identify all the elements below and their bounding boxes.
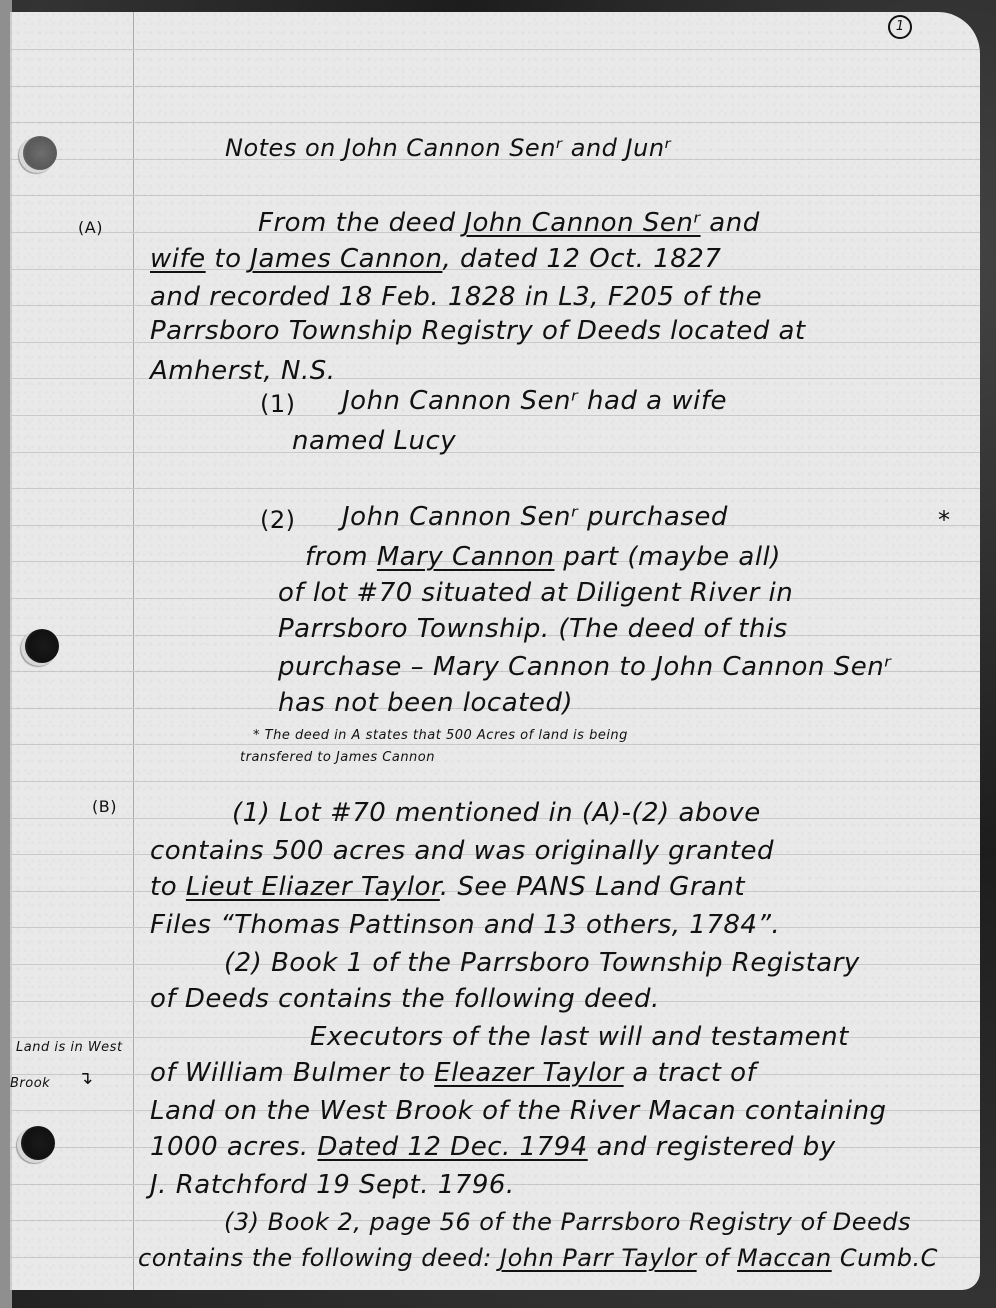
text-line: John Cannon Senʳ purchased	[342, 502, 728, 532]
text-span: Executors of the last will and testament	[310, 1022, 849, 1052]
text-span: 1000 acres.	[150, 1132, 317, 1162]
section-a-item1-line2: named Lucy	[292, 426, 456, 456]
text-line: (3) Book 2, page 56 of the Parrsboro Reg…	[224, 1208, 911, 1236]
text-line: J. Ratchford 19 Sept. 1796.	[150, 1170, 515, 1200]
text-span: Amherst, N.S.	[150, 356, 336, 386]
text-span: From the deed	[258, 208, 464, 238]
text-span: of William Bulmer to	[150, 1058, 434, 1088]
notebook-page: 1 Notes on John Cannon Senʳ and Junʳ (A)…	[10, 12, 980, 1290]
ruled-line	[10, 195, 980, 196]
text-line: purchase – Mary Cannon to John Cannon Se…	[278, 652, 891, 682]
text-span: J. Ratchford 19 Sept. 1796.	[150, 1170, 515, 1200]
text-span: (3) Book 2, page 56 of the Parrsboro Reg…	[224, 1208, 911, 1236]
page-title: Notes on John Cannon Senʳ and Junʳ	[225, 134, 671, 162]
punch-hole-middle	[25, 629, 59, 663]
text-span: from	[305, 542, 377, 572]
text-span: and	[701, 208, 760, 238]
text-line: Parrsboro Township Registry of Deeds loc…	[150, 316, 806, 346]
text-span: Parrsboro Township Registry of Deeds loc…	[150, 316, 806, 346]
ruled-line	[10, 49, 980, 50]
underlined-text: Lieut Eliazer Taylor	[186, 872, 440, 902]
text-line: of William Bulmer to Eleazer Taylor a tr…	[150, 1058, 756, 1088]
text-line: Files “Thomas Pattinson and 13 others, 1…	[150, 910, 780, 940]
underlined-text: James Cannon	[250, 244, 442, 274]
text-span: contains the following deed:	[138, 1244, 500, 1272]
section-a-item2-label: (2)	[260, 506, 296, 534]
text-line: contains 500 acres and was originally gr…	[150, 836, 774, 866]
text-span: to	[206, 244, 251, 274]
text-line: of lot #70 situated at Diligent River in	[278, 578, 793, 608]
text-span: has not been located)	[278, 688, 573, 718]
ruled-line	[10, 488, 980, 489]
footnote-line2: transfered to James Cannon	[240, 750, 435, 765]
text-line: contains the following deed: John Parr T…	[138, 1244, 938, 1272]
page-number: 1	[888, 15, 912, 39]
text-line: of Deeds contains the following deed.	[150, 984, 660, 1014]
margin-note-line1: Land is in West	[16, 1040, 123, 1055]
ruled-line	[10, 744, 980, 745]
section-a-item1-label: (1)	[260, 390, 296, 418]
text-span: to	[150, 872, 186, 902]
text-span: and registered by	[588, 1132, 836, 1162]
text-span: Land on the West Brook of the River Maca…	[150, 1096, 887, 1126]
text-span: John Cannon Senʳ purchased	[342, 502, 728, 532]
text-line: (1) Lot #70 mentioned in (A)-(2) above	[232, 798, 761, 828]
text-line: to Lieut Eliazer Taylor. See PANS Land G…	[150, 872, 745, 902]
margin-line	[133, 12, 134, 1290]
underlined-text: John Parr Taylor	[500, 1244, 697, 1272]
text-line: wife to James Cannon, dated 12 Oct. 1827	[150, 244, 721, 274]
text-line: From the deed John Cannon Senʳ and	[258, 208, 760, 238]
text-line: Amherst, N.S.	[150, 356, 336, 386]
text-span: part (maybe all)	[554, 542, 780, 572]
text-line: from Mary Cannon part (maybe all)	[305, 542, 781, 572]
text-span: a tract of	[624, 1058, 757, 1088]
text-span: of lot #70 situated at Diligent River in	[278, 578, 793, 608]
text-line: Parrsboro Township. (The deed of this	[278, 614, 788, 644]
text-line: Executors of the last will and testament	[310, 1022, 849, 1052]
text-span: (2) Book 1 of the Parrsboro Township Reg…	[224, 948, 860, 978]
text-span: of Deeds contains the following deed.	[150, 984, 660, 1014]
text-line: 1000 acres. Dated 12 Dec. 1794 and regis…	[150, 1132, 836, 1162]
section-a-label: (A)	[78, 218, 103, 237]
underlined-text: Maccan	[737, 1244, 832, 1272]
text-span: Files “Thomas Pattinson and 13 others, 1…	[150, 910, 780, 940]
ruled-line	[10, 781, 980, 782]
footnote-line1: * The deed in A states that 500 Acres of…	[253, 728, 628, 743]
margin-note-line2: Brook	[10, 1076, 50, 1091]
text-span: Parrsboro Township. (The deed of this	[278, 614, 788, 644]
underlined-text: Mary Cannon	[377, 542, 555, 572]
text-line: Land on the West Brook of the River Maca…	[150, 1096, 887, 1126]
text-span: . See PANS Land Grant	[440, 872, 745, 902]
underlined-text: Eleazer Taylor	[434, 1058, 623, 1088]
section-a-item1-line1: John Cannon Senʳ had a wife	[342, 386, 727, 416]
punch-hole-top	[23, 136, 57, 170]
ruled-line	[10, 86, 980, 87]
text-span: , dated 12 Oct. 1827	[442, 244, 721, 274]
text-line: has not been located)	[278, 688, 573, 718]
underlined-text: John Cannon Senʳ	[464, 208, 700, 238]
margin-arrow-icon: ↴	[78, 1068, 93, 1089]
text-span: purchase – Mary Cannon to John Cannon Se…	[278, 652, 891, 682]
ruled-line	[10, 452, 980, 453]
text-span: (1) Lot #70 mentioned in (A)-(2) above	[232, 798, 761, 828]
text-line: and recorded 18 Feb. 1828 in L3, F205 of…	[150, 282, 762, 312]
asterisk-marker: *	[938, 506, 951, 534]
text-span: of	[697, 1244, 737, 1272]
text-span: and recorded 18 Feb. 1828 in L3, F205 of…	[150, 282, 762, 312]
section-b-label: (B)	[92, 797, 117, 816]
text-span: Cumb.C	[832, 1244, 938, 1272]
underlined-text: wife	[150, 244, 206, 274]
text-span: contains 500 acres and was originally gr…	[150, 836, 774, 866]
ruled-line	[10, 122, 980, 123]
punch-hole-bottom	[21, 1126, 55, 1160]
text-line: (2) Book 1 of the Parrsboro Township Reg…	[224, 948, 860, 978]
underlined-text: Dated 12 Dec. 1794	[317, 1132, 587, 1162]
